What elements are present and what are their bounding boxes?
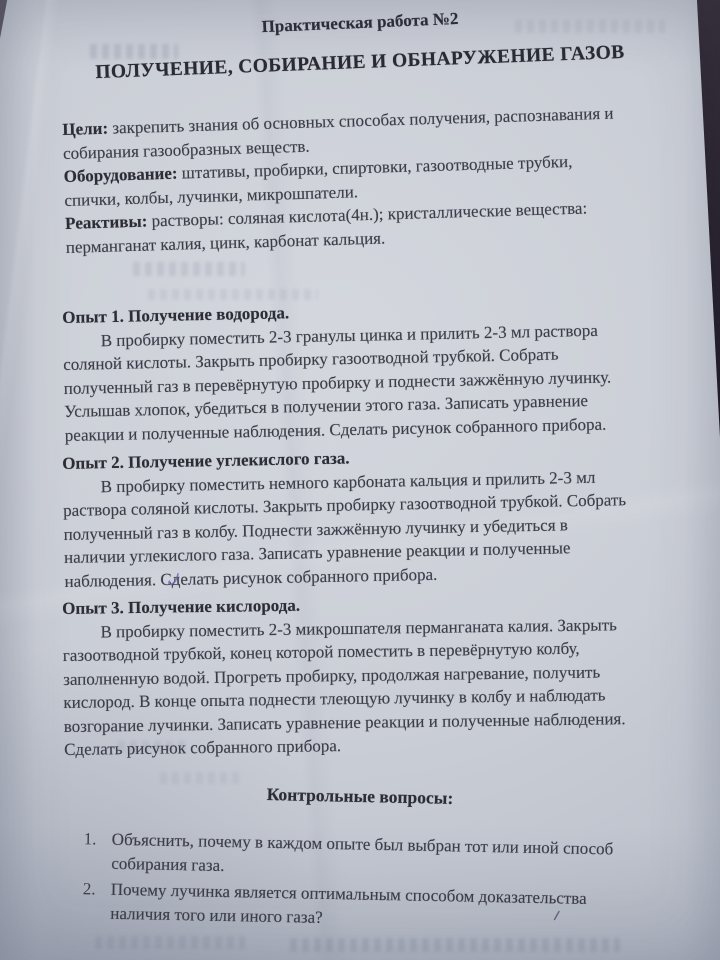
- document-photo: Практическая работа №2 ПОЛУЧЕНИЕ, СОБИРА…: [0, 0, 720, 960]
- pen-check-mark: [165, 572, 183, 590]
- question-item: 2. Почему лучинка является оптимальным с…: [68, 877, 669, 937]
- control-questions-heading: Контрольные вопросы:: [0, 778, 720, 814]
- page-title: ПОЛУЧЕНИЕ, СОБИРАНИЕ И ОБНАРУЖЕНИЕ ГАЗОВ: [0, 38, 720, 88]
- question-number: 2.: [68, 877, 111, 926]
- experiment-3-section: Опыт 3. Получение кислорода. В пробирку …: [62, 589, 664, 762]
- worksheet-page: Практическая работа №2 ПОЛУЧЕНИЕ, СОБИРА…: [0, 0, 720, 960]
- experiment-1-section: Опыт 1. Получение водорода. В пробирку п…: [62, 293, 665, 447]
- question-item: 1. Объяснить, почему в каждом опыте был …: [69, 827, 670, 887]
- pen-tick-mark: [552, 910, 562, 922]
- worksheet-number-heading: Практическая работа №2: [0, 0, 720, 48]
- question-number: 1.: [69, 827, 112, 876]
- control-questions-list: 1. Объяснить, почему в каждом опыте был …: [68, 827, 670, 939]
- intro-section: Цели: закрепить знания об основных спосо…: [62, 100, 666, 259]
- experiment-2-section: Опыт 2. Получение углекислого газа. В пр…: [62, 440, 665, 592]
